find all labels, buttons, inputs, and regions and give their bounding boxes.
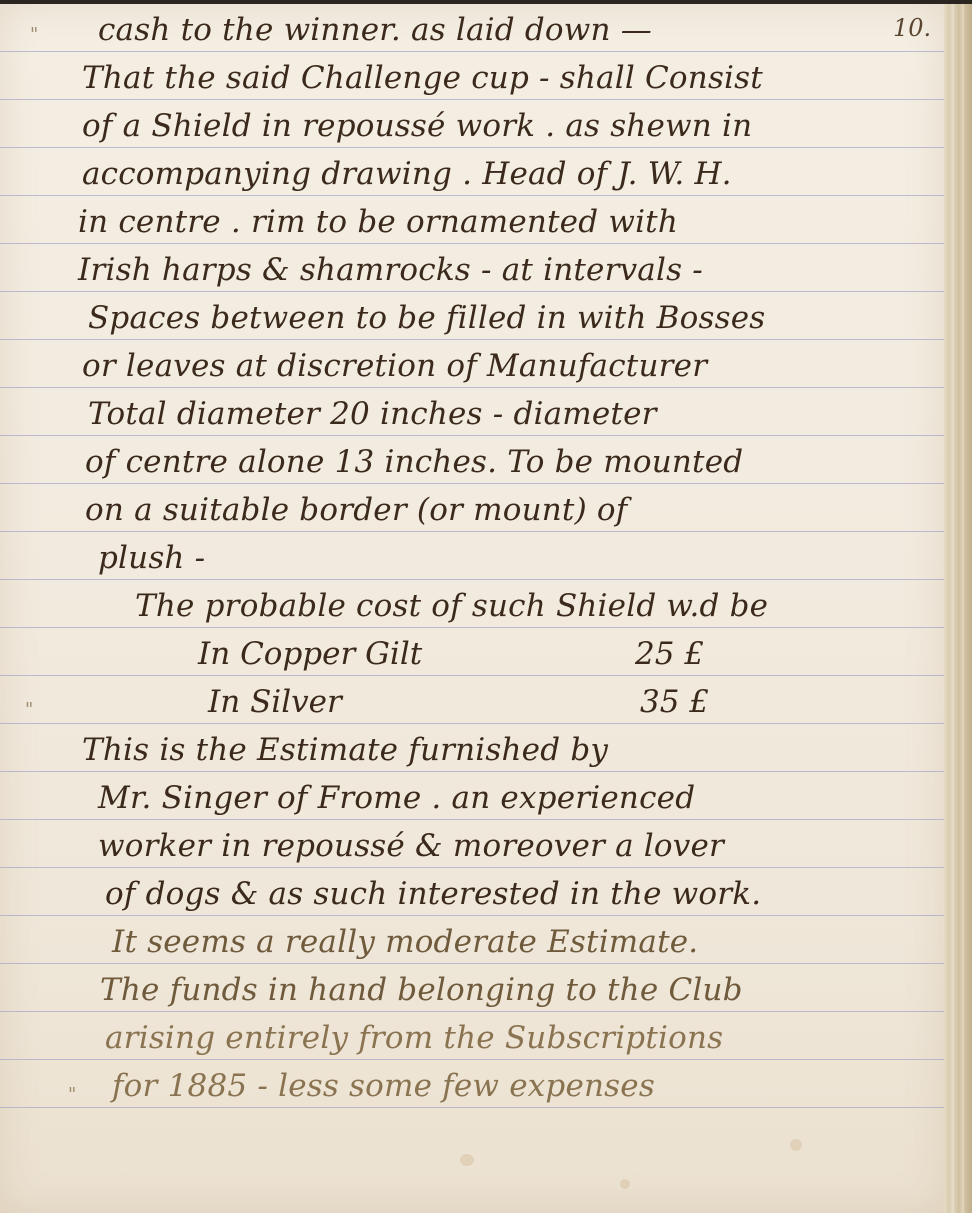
cost-item-amount: 25 £	[635, 636, 704, 672]
ruled-line	[0, 1107, 944, 1108]
page-edge	[964, 4, 972, 1213]
text-line: It seems a really moderate Estimate.	[112, 924, 698, 960]
ruled-line	[0, 915, 944, 916]
text-line: arising entirely from the Subscriptions	[105, 1020, 723, 1056]
text-line: accompanying drawing . Head of J. W. H.	[82, 156, 732, 192]
ruled-line	[0, 819, 944, 820]
cost-item-label: In Silver	[208, 684, 342, 720]
page-edge	[954, 4, 964, 1213]
text-line: This is the Estimate furnished by	[82, 732, 608, 768]
text-line: Irish harps & shamrocks - at intervals -	[78, 252, 703, 288]
text-line: cash to the winner. as laid down —	[98, 12, 652, 48]
ruled-line	[0, 195, 944, 196]
ruled-line	[0, 387, 944, 388]
paper-stain	[620, 1179, 630, 1189]
ruled-line	[0, 99, 944, 100]
page-edge	[944, 4, 954, 1213]
text-line: of centre alone 13 inches. To be mounted	[85, 444, 743, 480]
ruled-line	[0, 867, 944, 868]
ditto-mark: "	[30, 24, 38, 45]
ruled-line	[0, 51, 944, 52]
ruled-line	[0, 771, 944, 772]
ruled-line	[0, 291, 944, 292]
ruled-line	[0, 339, 944, 340]
text-line: for 1885 - less some few expenses	[112, 1068, 655, 1104]
ruled-line	[0, 675, 944, 676]
text-line: worker in repoussé & moreover a lover	[98, 828, 724, 864]
ruled-line	[0, 147, 944, 148]
text-line: That the said Challenge cup - shall Cons…	[82, 60, 763, 96]
text-line: plush -	[98, 540, 205, 576]
ruled-line	[0, 579, 944, 580]
ruled-line	[0, 1059, 944, 1060]
ruled-line	[0, 483, 944, 484]
paper-stain	[790, 1139, 802, 1151]
ruled-line	[0, 627, 944, 628]
notebook-page: 10. " " " cash to the winner. as laid do…	[0, 4, 944, 1213]
ruled-line	[0, 1011, 944, 1012]
paper-stain	[460, 1154, 474, 1166]
ditto-mark: "	[68, 1084, 76, 1105]
cost-item-label: In Copper Gilt	[198, 636, 422, 672]
text-line: The probable cost of such Shield w.d be	[135, 588, 768, 624]
text-line: Total diameter 20 inches - diameter	[88, 396, 657, 432]
ditto-mark: "	[25, 699, 33, 720]
text-line: Spaces between to be filled in with Boss…	[88, 300, 765, 336]
ruled-line	[0, 531, 944, 532]
text-line: in centre . rim to be ornamented with	[78, 204, 678, 240]
text-line: of a Shield in repoussé work . as shewn …	[82, 108, 752, 144]
ruled-line	[0, 723, 944, 724]
page-number: 10.	[893, 14, 931, 42]
text-line: Mr. Singer of Frome . an experienced	[98, 780, 695, 816]
text-line: or leaves at discretion of Manufacturer	[82, 348, 707, 384]
ruled-line	[0, 243, 944, 244]
cost-item-amount: 35 £	[640, 684, 709, 720]
ruled-line	[0, 435, 944, 436]
ruled-line	[0, 963, 944, 964]
text-line: on a suitable border (or mount) of	[85, 492, 627, 528]
text-line: The funds in hand belonging to the Club	[100, 972, 743, 1008]
text-line: of dogs & as such interested in the work…	[105, 876, 761, 912]
